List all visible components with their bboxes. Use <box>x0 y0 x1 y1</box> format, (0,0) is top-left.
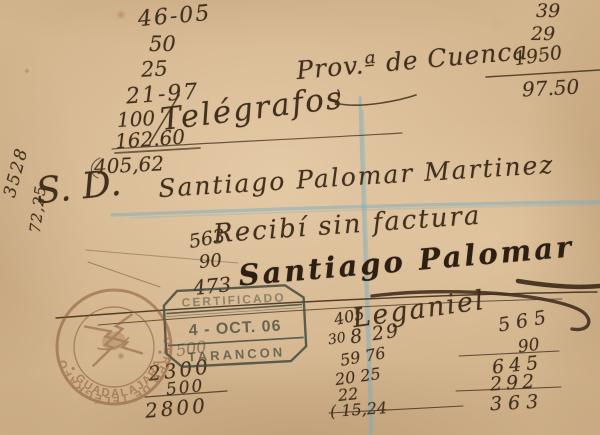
amount-note: 50 <box>149 34 176 55</box>
seal-coat-of-arms <box>85 314 143 365</box>
amount-note: 97.50 <box>522 77 580 100</box>
amount-note: ( 15,24 <box>330 400 388 420</box>
envelope-scan: 46-05 50 25 21-97 100 162.60 405,62 39 2… <box>0 0 600 435</box>
telegraph-corps-seal: CUERPO DE TELÉGRAFOS • GUADALAJARA • <box>50 283 178 411</box>
registration-datestamp: CERTIFICADO 4 - OCT. 06 TARANCON <box>161 282 309 369</box>
amount-note: 29 <box>531 25 555 44</box>
amount-note: 363 <box>490 393 545 415</box>
amount-note: 30 <box>327 331 347 348</box>
datestamp-date: 4 - OCT. 06 <box>188 318 282 340</box>
amount-note: 90 <box>198 252 223 272</box>
amount-note: 25 <box>140 58 168 80</box>
amount-note: 39 <box>536 2 560 21</box>
